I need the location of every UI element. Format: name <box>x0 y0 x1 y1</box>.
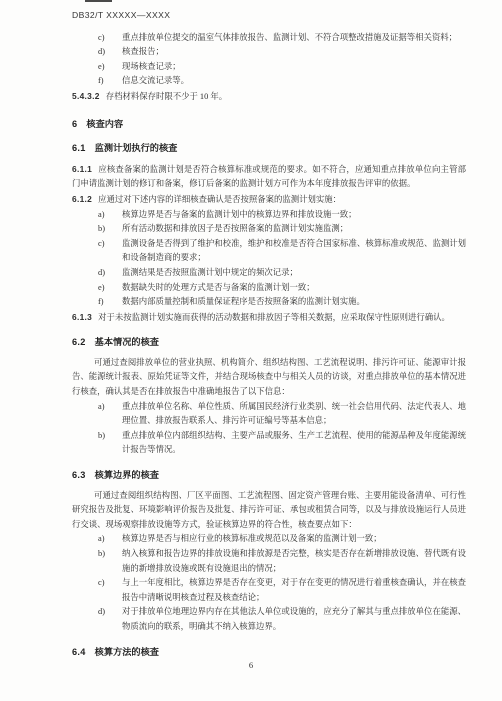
scan-artifact <box>85 0 112 2</box>
list-item-text: 重点排放单位内部组织结构、主要产品或服务、生产工艺流程、使用的能源品种及年度能源… <box>122 431 466 455</box>
list-item-label: c) <box>98 576 105 591</box>
list-item-label: a) <box>98 400 105 415</box>
list-item: c)监测设备是否得到了维护和校准，维护和校准是否符合国家标准、核算标准或规范、监… <box>72 237 466 266</box>
clause: 5.4.3.2存档材料保存时限不少于 10 年。 <box>72 89 466 105</box>
chapter-heading: 6核查内容 <box>72 117 466 132</box>
list-item: f)数据内部质量控制和质量保证程序是否按照备案的监测计划实施。 <box>72 295 466 310</box>
list-item-text: 重点排放单位名称、单位性质、所属国民经济行业类别、统一社会信用代码、法定代表人、… <box>122 402 466 426</box>
list-item: c)与上一年度相比，核算边界是否存在变更，对于存在变更的情况进行着重核查确认，并… <box>72 576 466 605</box>
section-title: 监测计划执行的核查 <box>95 143 178 153</box>
list-item-label: e) <box>98 281 105 296</box>
section-number: 6.3 <box>72 470 86 480</box>
list-item: e)现场核查记录； <box>72 60 466 75</box>
section-number: 6.4 <box>72 647 86 657</box>
document-page: DB32/T XXXXX—XXXX c)重点排放单位提交的温室气体排放报告、监测… <box>0 0 502 701</box>
chapter-title: 核查内容 <box>86 119 123 129</box>
list-item-text: 现场核查记录； <box>122 62 181 71</box>
list-item-label: a) <box>98 208 105 223</box>
list-item: a)核算边界是否与备案的监测计划中的核算边界和排放设施一致； <box>72 208 466 223</box>
section-heading-6-3: 6.3核算边界的核查 <box>72 468 466 483</box>
list-item-text: 监测设备是否得到了维护和校准，维护和校准是否符合国家标准、核算标准或规范、监测计… <box>122 239 466 263</box>
list-item: b)所有活动数据和排放因子是否按照备案的监测计划实施监测； <box>72 222 466 237</box>
list-item-text: 所有活动数据和排放因子是否按照备案的监测计划实施监测； <box>122 224 348 233</box>
section-heading-6-2: 6.2基本情况的核查 <box>72 335 466 350</box>
document-content: c)重点排放单位提交的温室气体排放报告、监测计划、不符合项整改措施及证据等相关资… <box>72 31 466 660</box>
section-title: 核算边界的核查 <box>95 470 159 480</box>
list-item: d)核查报告； <box>72 45 466 60</box>
list-item-text: 纳入核算和报告边界的排放设施和排放源是否完整，核实是否存在新增排放设施、替代既有… <box>122 549 466 573</box>
clause: 6.1.2应通过对下述内容的详细核查确认是否按照备案的监测计划实施： <box>72 192 466 208</box>
list-item: e)数据缺失时的处理方式是否与备案的监测计划一致； <box>72 281 466 296</box>
chapter-number: 6 <box>72 119 77 129</box>
list-item-text: 与上一年度相比，核算边界是否存在变更，对于存在变更的情况进行着重核查确认，并在核… <box>122 578 466 602</box>
clause-number: 6.1.2 <box>72 194 92 204</box>
list-item-label: a) <box>98 532 105 547</box>
list-item: d)对于排放单位地理边界内存在其他法人单位或设施的，应充分了解其与重点排放单位在… <box>72 605 466 634</box>
list-item: b)重点排放单位内部组织结构、主要产品或服务、生产工艺流程、使用的能源品种及年度… <box>72 429 466 458</box>
list-item-label: b) <box>98 429 105 444</box>
section-title: 基本情况的核查 <box>95 337 159 347</box>
page-number: 6 <box>0 658 502 673</box>
list-item-text: 核算边界是否与相应行业的核算标准或规范以及备案的监测计划一致； <box>122 534 382 543</box>
paragraph: 可通过查阅组织结构图、厂区平面图、工艺流程图、固定资产管理台账、主要用能设备清单… <box>72 489 466 533</box>
standard-number: DB32/T XXXXX—XXXX <box>72 8 466 23</box>
clause-text: 应核查备案的监测计划是否符合核算标准或规范的要求。如不符合，应通知重点排放单位向… <box>72 165 466 189</box>
list-item-text: 数据内部质量控制和质量保证程序是否按照备案的监测计划实施。 <box>122 297 365 306</box>
list-item-label: f) <box>98 74 104 89</box>
list-item-label: c) <box>98 31 105 46</box>
list-item: a)重点排放单位名称、单位性质、所属国民经济行业类别、统一社会信用代码、法定代表… <box>72 400 466 429</box>
list-item-label: d) <box>98 266 105 281</box>
list-item-text: 核查报告； <box>122 47 164 56</box>
list-item: f)信息交流记录等。 <box>72 74 466 89</box>
list-item-label: d) <box>98 45 105 60</box>
list-item-label: d) <box>98 605 105 620</box>
section-number: 6.1 <box>72 143 86 153</box>
clause: 6.1.1应核查备案的监测计划是否符合核算标准或规范的要求。如不符合，应通知重点… <box>72 162 466 192</box>
clause-number: 6.1.3 <box>72 312 92 322</box>
list-item-text: 重点排放单位提交的温室气体排放报告、监测计划、不符合项整改措施及证据等相关资料； <box>122 33 457 42</box>
list-item-text: 数据缺失时的处理方式是否与备案的监测计划一致； <box>122 283 315 292</box>
clause-text: 对于未按监测计划实施而获得的活动数据和排放因子等相关数据，应采取保守性原则进行确… <box>98 313 450 322</box>
section-heading-6-4: 6.4核算方法的核查 <box>72 645 466 660</box>
paragraph: 可通过查阅排放单位的营业执照、机构简介、组织结构图、工艺流程说明、排污许可证、能… <box>72 356 466 400</box>
clause-number: 5.4.3.2 <box>72 91 100 101</box>
list-item: d)监测结果是否按照监测计划中规定的频次记录； <box>72 266 466 281</box>
clause-text: 应通过对下述内容的详细核查确认是否按照备案的监测计划实施： <box>98 195 341 204</box>
list-item-text: 信息交流记录等。 <box>122 76 189 85</box>
list-item: a)核算边界是否与相应行业的核算标准或规范以及备案的监测计划一致； <box>72 532 466 547</box>
list-item-label: f) <box>98 295 104 310</box>
list-item-text: 核算边界是否与备案的监测计划中的核算边界和排放设施一致； <box>122 210 357 219</box>
list-item-text: 对于排放单位地理边界内存在其他法人单位或设施的，应充分了解其与重点排放单位在能源… <box>122 607 466 631</box>
section-heading-6-1: 6.1监测计划执行的核查 <box>72 141 466 156</box>
list-item-text: 监测结果是否按照监测计划中规定的频次记录； <box>122 268 298 277</box>
clause-text: 存档材料保存时限不少于 10 年。 <box>106 92 227 101</box>
section-number: 6.2 <box>72 337 86 347</box>
list-item: b)纳入核算和报告边界的排放设施和排放源是否完整，核实是否存在新增排放设施、替代… <box>72 547 466 576</box>
list-item: c)重点排放单位提交的温室气体排放报告、监测计划、不符合项整改措施及证据等相关资… <box>72 31 466 46</box>
list-item-label: b) <box>98 547 105 562</box>
list-item-label: e) <box>98 60 105 75</box>
list-item-label: c) <box>98 237 105 252</box>
list-item-label: b) <box>98 222 105 237</box>
clause: 6.1.3对于未按监测计划实施而获得的活动数据和排放因子等相关数据，应采取保守性… <box>72 310 466 326</box>
clause-number: 6.1.1 <box>72 164 92 174</box>
section-title: 核算方法的核查 <box>95 647 159 657</box>
